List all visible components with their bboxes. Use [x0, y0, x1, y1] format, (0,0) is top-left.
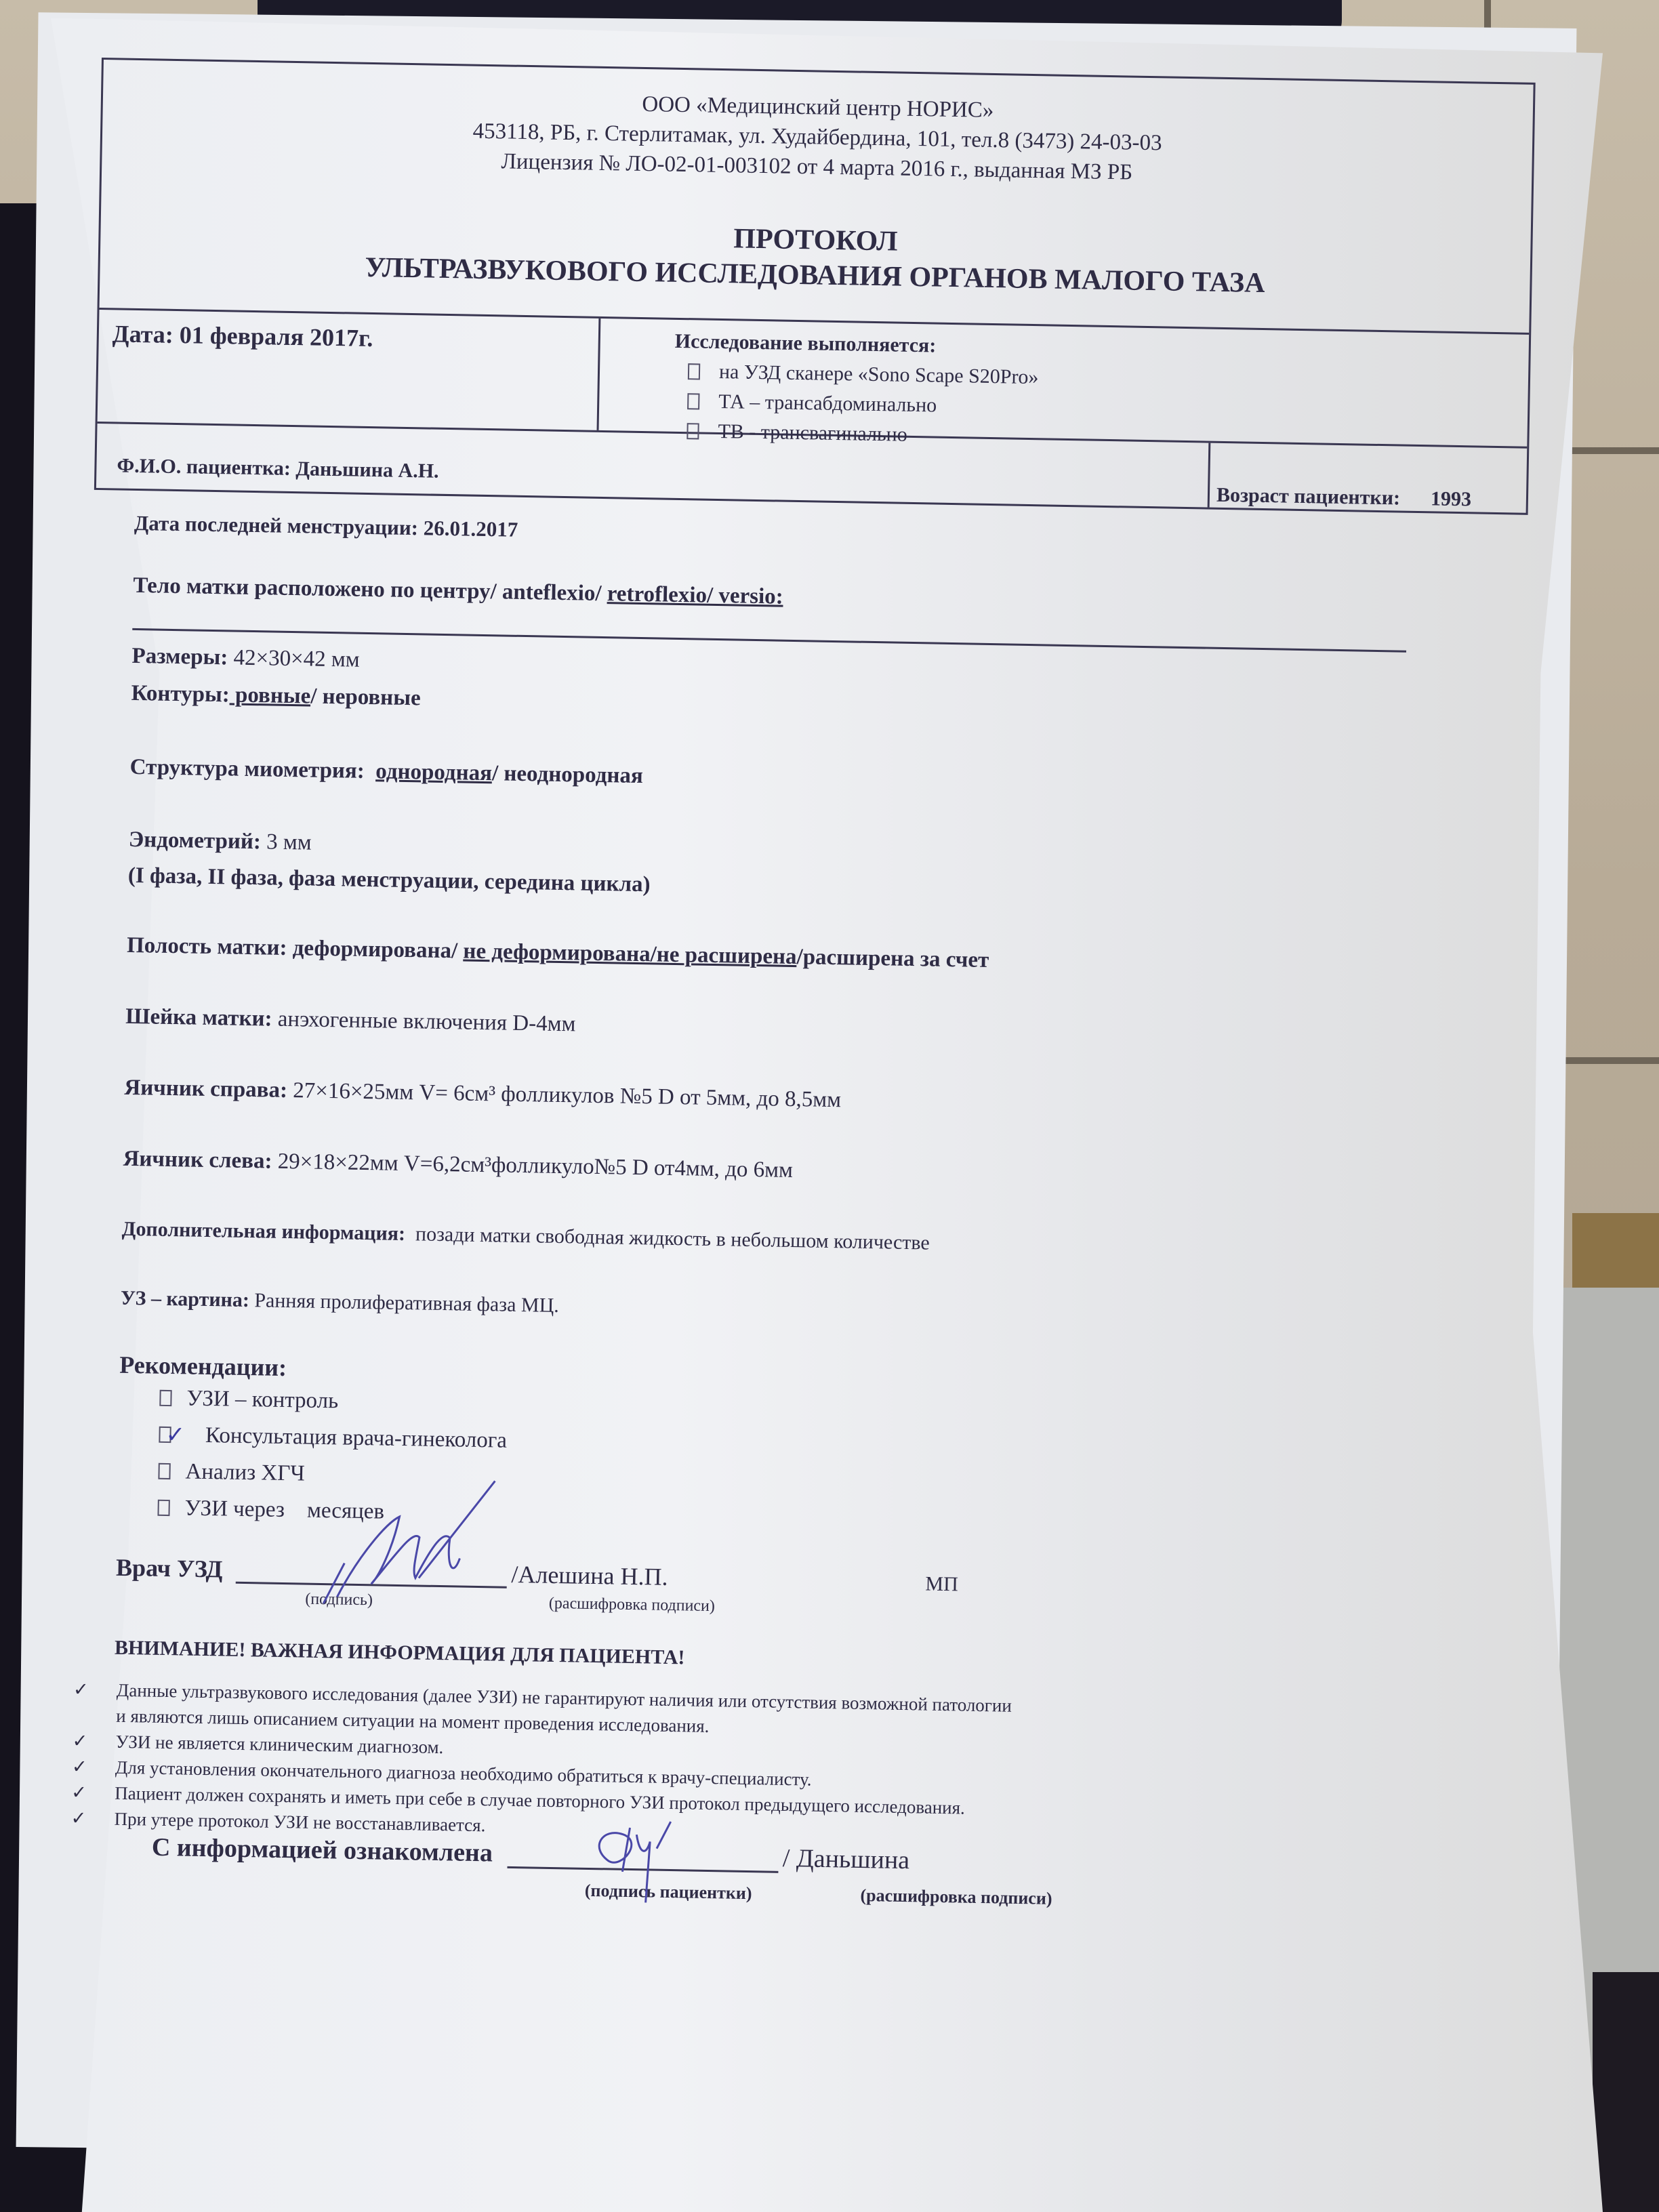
doctor-signature-row: Врач УЗД /Алешина Н.П. МП [116, 1553, 1505, 1606]
warning-list: ✓Данные ультразвукового исследования (да… [111, 1677, 1503, 1856]
pen-checkmark-icon: ✓ [165, 1421, 185, 1448]
checkbox-icon[interactable] [159, 1390, 171, 1406]
spacer [73, 1702, 89, 1728]
patient-label: Ф.И.О. пациентка: [117, 454, 291, 479]
contours-label: Контуры: [131, 681, 230, 708]
left-ovary-label: Яичник слева: [123, 1147, 272, 1174]
doctor-name: /Алешина Н.П. [511, 1560, 668, 1591]
right-ovary-line: Яичник справа: 27×16×25мм V= 6см³ фоллик… [124, 1076, 1513, 1125]
decode-caption: (расшифровка подписи) [549, 1595, 715, 1616]
recommendation-label: УЗИ – контроль [186, 1386, 338, 1414]
checkbox-icon[interactable] [157, 1500, 169, 1516]
org-info: ООО «Медицинский центр НОРИС» 453118, РБ… [102, 60, 1534, 194]
patient-signature-field[interactable] [508, 1839, 779, 1873]
endometrium-label: Эндометрий: [129, 827, 262, 854]
header-box: ООО «Медицинский центр НОРИС» 453118, РБ… [94, 58, 1536, 515]
warning-title: ВНИМАНИЕ! ВАЖНАЯ ИНФОРМАЦИЯ ДЛЯ ПАЦИЕНТА… [115, 1637, 1504, 1684]
acknowledgement-label: С информацией ознакомлена [152, 1832, 493, 1868]
size-label: Размеры: [131, 644, 228, 670]
endometrium-value: 3 мм [266, 829, 312, 855]
uterus-position-line: Тело матки расположено по центру/ antefl… [133, 573, 1522, 623]
dark-knit-fabric [1593, 1972, 1659, 2212]
uterus-position-selected: retroflexio/ versio: [607, 581, 783, 609]
stamp-placeholder: МП [925, 1573, 958, 1597]
cervix-value: анэхогенные включения D-4мм [278, 1007, 576, 1037]
myometrium-line: Структура миометрия: однородная/ неоднор… [129, 755, 1519, 804]
extra-info-value: позади матки свободная жидкость в неболь… [415, 1223, 930, 1254]
extra-info-line: Дополнительная информация: позади матки … [122, 1218, 1511, 1265]
checkbox-icon[interactable] [688, 363, 700, 380]
exam-method-cell: Исследование выполняется: на УЗД сканере… [599, 319, 1530, 447]
exam-option-label: ТА – трансабдоминально [718, 387, 937, 421]
cavity-option: деформирована/ [287, 936, 464, 964]
contours-selected: ровные [229, 682, 310, 708]
contours-options: / неровные [310, 684, 421, 711]
date-cell: Дата: 01 февраля 2017г. [98, 310, 601, 430]
protocol-body: Дата последней менструации: 26.01.2017 Т… [70, 510, 1523, 1917]
uterus-position-options: Тело матки расположено по центру/ antefl… [133, 573, 607, 606]
myometrium-options: / неоднородная [492, 761, 643, 788]
cavity-label: Полость матки: [127, 933, 287, 960]
doctor-signature-field[interactable] [236, 1555, 508, 1589]
wood-object [1572, 1213, 1659, 1294]
handwritten-signature-icon [296, 1474, 515, 1614]
decode-caption: (расшифровка подписи) [860, 1885, 1052, 1909]
date-label: Дата: [112, 320, 174, 348]
age-label: Возраст пациентки: [1216, 484, 1401, 510]
lmp-value: 26.01.2017 [424, 516, 518, 541]
handwritten-signature-icon [581, 1807, 719, 1910]
protocol-document: ООО «Медицинский центр НОРИС» 453118, РБ… [70, 58, 1532, 1917]
recommendation-label: Консультация врача-гинеколога [205, 1422, 508, 1453]
patient-name: Даньшина А.Н. [295, 457, 439, 483]
right-ovary-label: Яичник справа: [124, 1076, 287, 1103]
age-value: 1993 [1431, 487, 1472, 510]
cavity-selected: не деформирована/не расширена [463, 939, 797, 970]
cavity-options: /расширена за счет [796, 945, 989, 972]
myometrium-selected: однородная [375, 759, 492, 785]
cavity-line: Полость матки: деформирована/ не деформи… [127, 933, 1516, 983]
extra-info-label: Дополнительная информация: [122, 1218, 406, 1245]
conclusion-line: УЗ – картина: Ранняя пролиферативная фаз… [121, 1287, 1510, 1334]
recommendation-label: Анализ ХГЧ [185, 1459, 305, 1486]
checkbox-icon[interactable] [687, 393, 699, 409]
size-value: 42×30×42 мм [233, 646, 360, 672]
right-ovary-value: 27×16×25мм V= 6см³ фолликулов №5 D от 5м… [293, 1078, 841, 1112]
patient-surname: / Даньшина [782, 1843, 909, 1875]
cervix-line: Шейка матки: анэхогенные включения D-4мм [125, 1004, 1515, 1054]
left-ovary-value: 29×18×22мм V=6,2см³фолликуло№5 D от4мм, … [277, 1149, 793, 1183]
checkmark-icon: ✓ [70, 1805, 87, 1831]
left-ovary-line: Яичник слева: 29×18×22мм V=6,2см³фоллику… [123, 1147, 1512, 1196]
checkmark-icon: ✓ [72, 1728, 89, 1754]
checkmark-icon: ✓ [71, 1780, 88, 1805]
cervix-label: Шейка матки: [125, 1004, 272, 1031]
conclusion-label: УЗ – картина: [121, 1287, 249, 1311]
conclusion-value: Ранняя пролиферативная фаза МЦ. [254, 1289, 559, 1317]
doctor-label: Врач УЗД [116, 1553, 223, 1584]
date-value: 01 февраля 2017г. [179, 321, 373, 352]
myometrium-label: Структура миометрия: [129, 755, 365, 783]
lmp-label: Дата последней менструации: [134, 511, 419, 539]
checkmark-icon: ✓ [73, 1677, 90, 1702]
lmp-line: Дата последней менструации: 26.01.2017 [134, 511, 1523, 560]
checkbox-icon[interactable] [158, 1463, 170, 1479]
patient-age-cell: Возраст пациентки: 1993 [1208, 443, 1528, 513]
checkmark-icon: ✓ [72, 1754, 89, 1780]
